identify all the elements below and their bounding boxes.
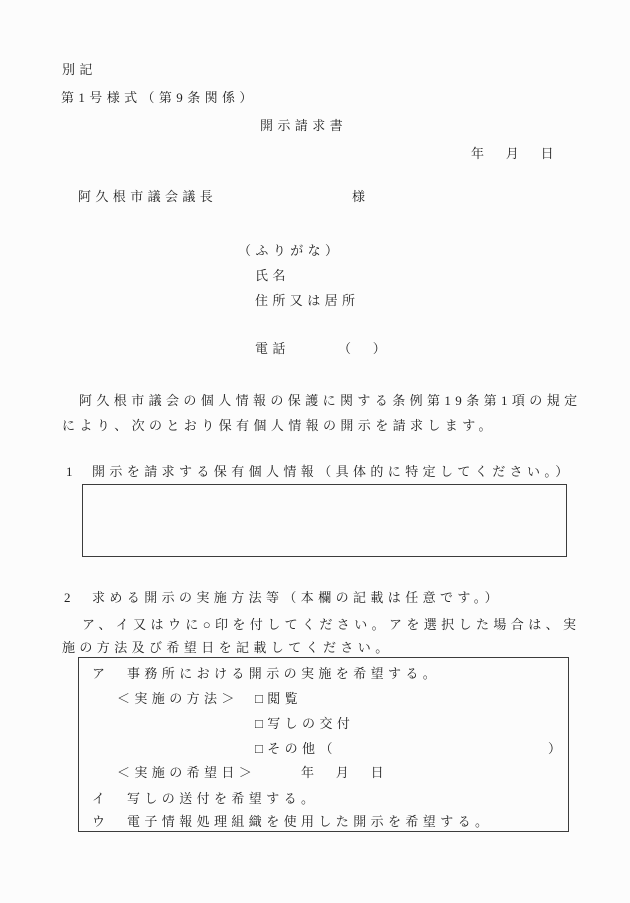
- option-u-mark[interactable]: ウ: [92, 814, 109, 829]
- item1-number: 1: [66, 464, 77, 479]
- method-checkbox-view[interactable]: □閲覧: [255, 691, 302, 706]
- name-label: 氏名: [255, 268, 290, 283]
- disclosure-request-form-page: 別記 第1号様式（第9条関係） 開示請求書 年 月 日 阿久根市議会議長 様 （…: [0, 0, 630, 903]
- method-other-close-paren: ）: [548, 741, 565, 756]
- furigana-label: （ふりがな）: [238, 243, 342, 258]
- form-number: 第1号様式（第9条関係）: [61, 90, 257, 105]
- option-i-text: 写しの送付を希望する。: [127, 791, 318, 806]
- method-label: ＜実施の方法＞: [117, 691, 239, 706]
- date-line: 年 月 日: [471, 146, 558, 161]
- phone-label: 電話: [255, 341, 290, 356]
- method-checkbox-copy[interactable]: □写しの交付: [255, 716, 354, 731]
- option-u-text: 電子情報処理組織を使用した開示を希望する。: [127, 814, 492, 829]
- option-a-mark[interactable]: ア: [92, 666, 109, 681]
- method-checkbox-other[interactable]: □その他（: [255, 741, 337, 756]
- wish-date-label: ＜実施の希望日＞: [117, 765, 256, 780]
- addressee-label: 阿久根市議会議長: [78, 189, 217, 204]
- item1-label: 開示を請求する保有個人情報（具体的に特定してください。）: [92, 464, 573, 479]
- option-a-text: 事務所における開示の実施を希望する。: [127, 666, 440, 681]
- item2-note-line-1: ア、イ又はウに○印を付してください。アを選択した場合は、実: [82, 617, 580, 632]
- item2-number: 2: [64, 590, 75, 605]
- phone-parens: （ ）: [338, 341, 390, 356]
- wish-date-value: 年 月 日: [301, 765, 388, 780]
- requested-info-input-box[interactable]: [82, 484, 567, 557]
- option-i-mark[interactable]: イ: [92, 791, 109, 806]
- honorific-label: 様: [352, 189, 369, 204]
- body-paragraph-line-1: 阿久根市議会の個人情報の保護に関する条例第19条第1項の規定: [79, 393, 582, 408]
- annotation-label: 別記: [62, 62, 97, 77]
- item2-note-line-2: 施の方法及び希望日を記載してください。: [62, 640, 393, 655]
- address-label: 住所又は居所: [255, 293, 359, 308]
- body-paragraph-line-2: により、次のとおり保有個人情報の開示を請求します。: [62, 418, 496, 433]
- page-title: 開示請求書: [260, 118, 347, 133]
- item2-label: 求める開示の実施方法等（本欄の記載は任意です。）: [92, 590, 502, 605]
